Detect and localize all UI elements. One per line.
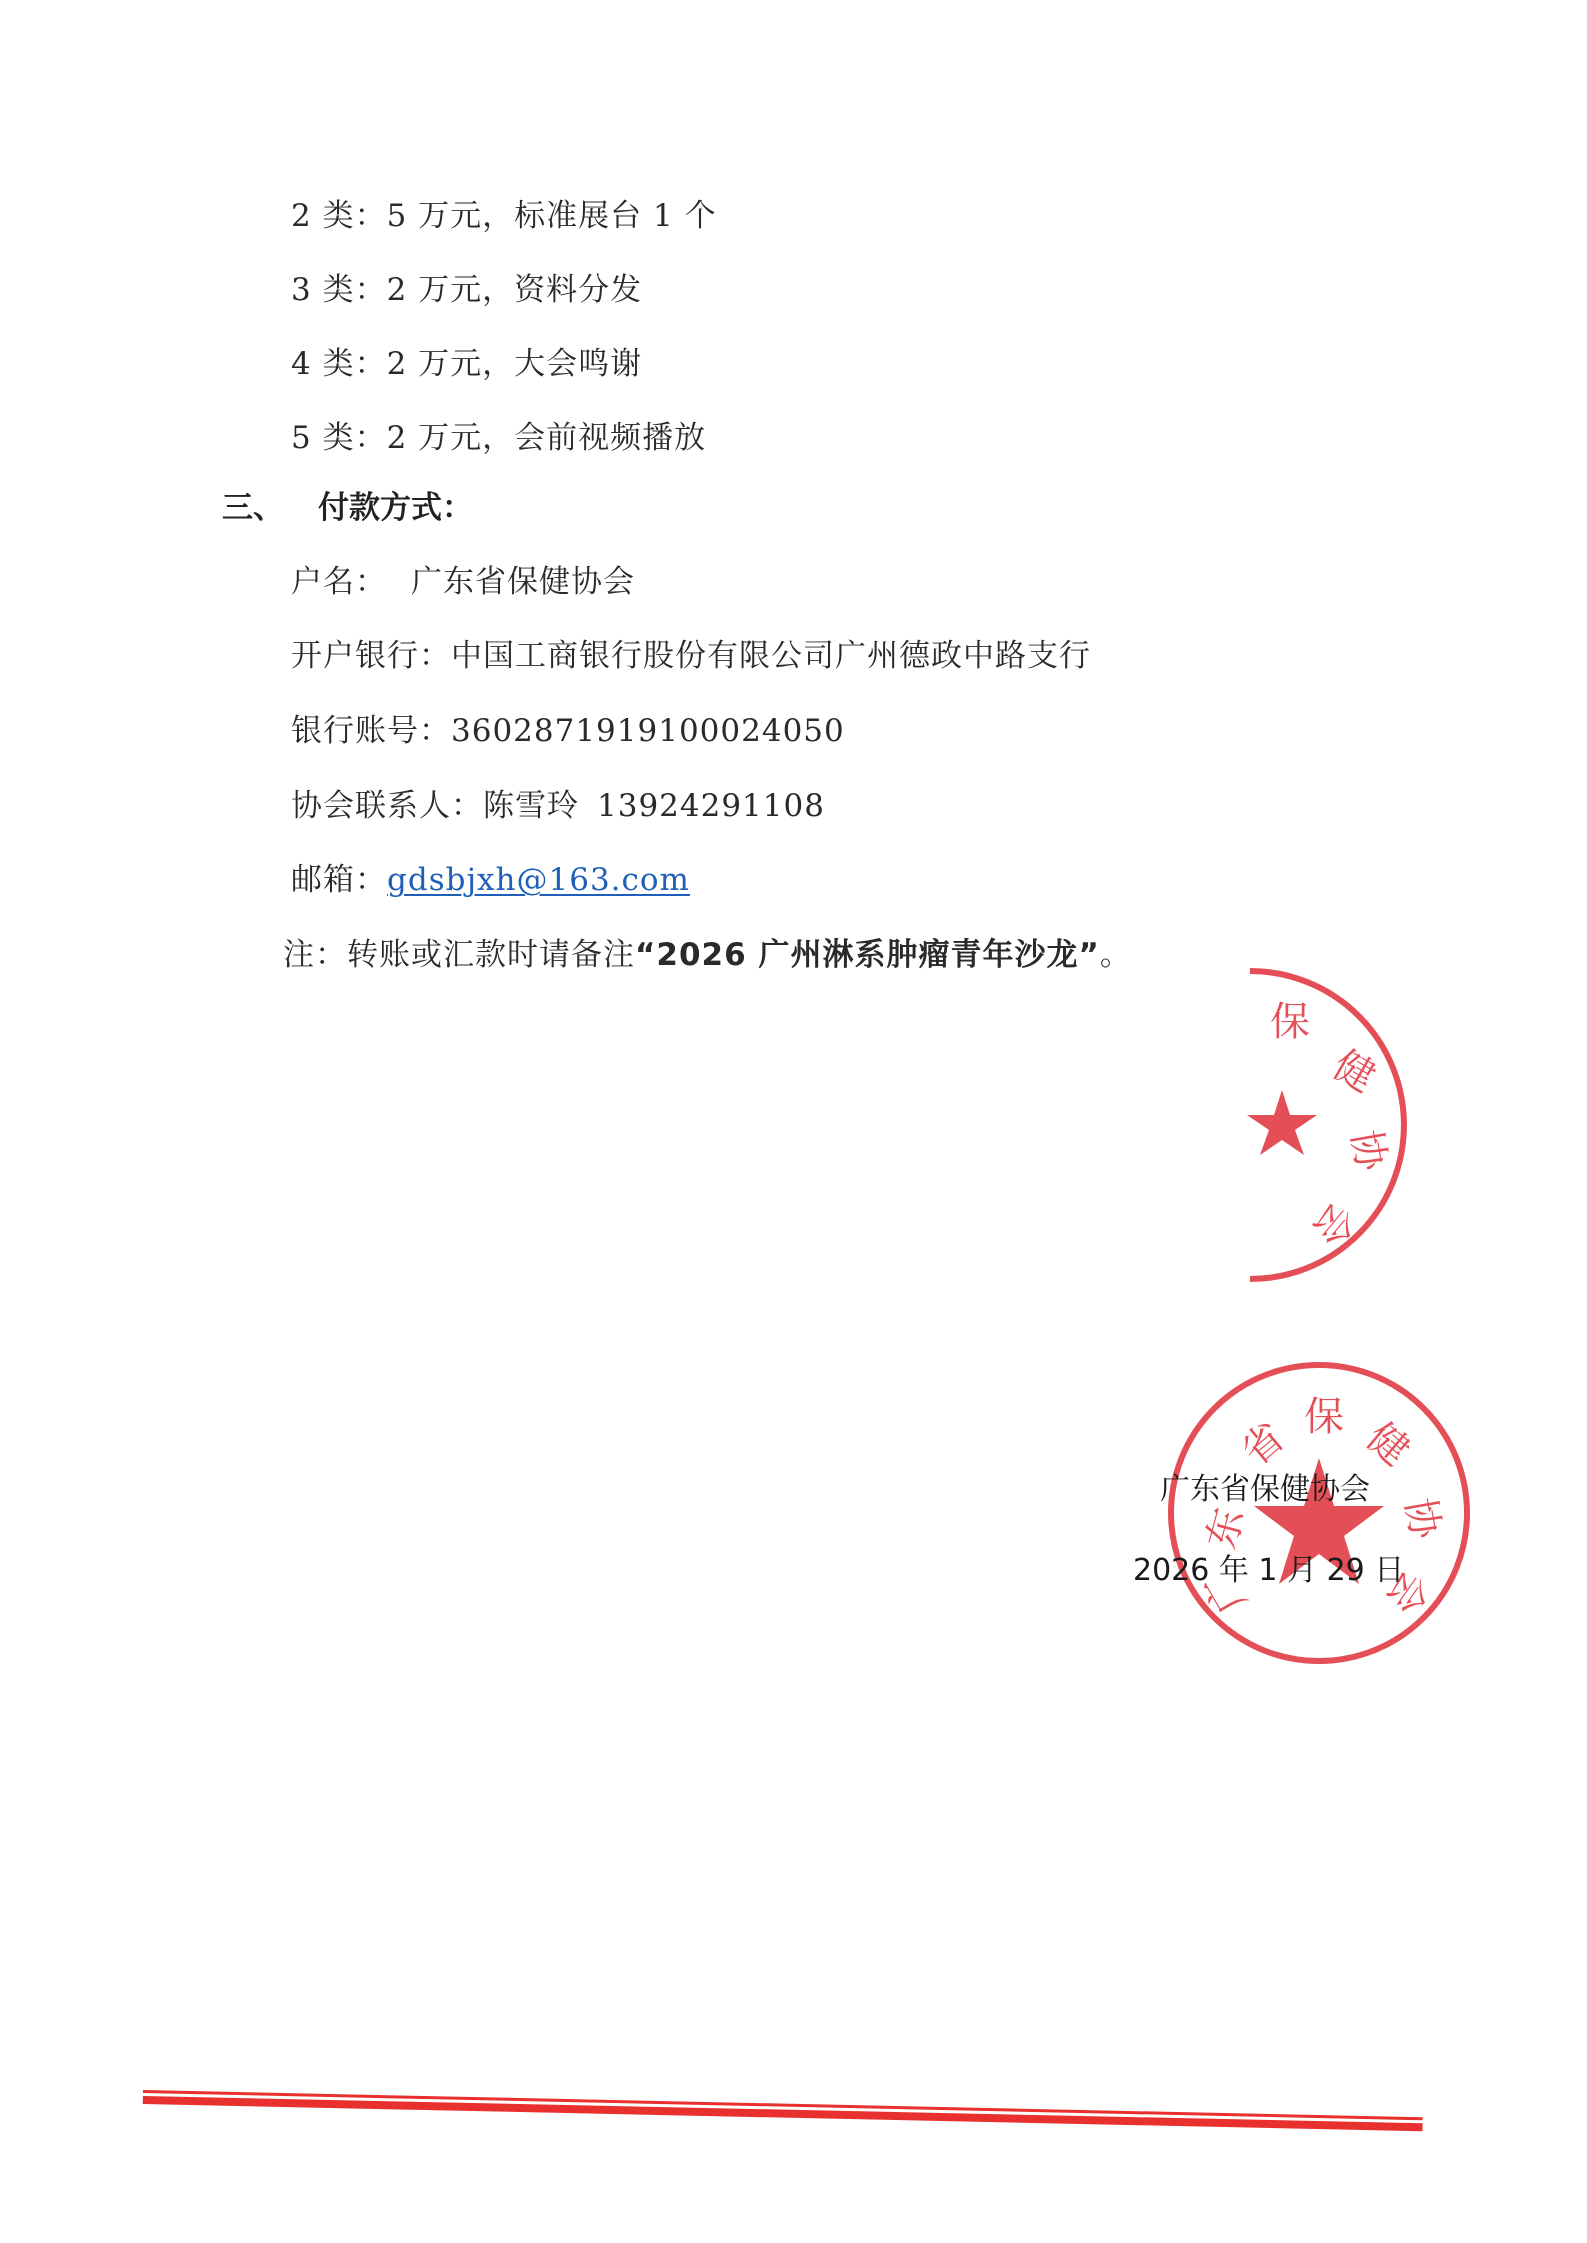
svg-text:健: 健 bbox=[1325, 1042, 1383, 1102]
email-link[interactable]: gdsbjxh@163.com bbox=[387, 862, 690, 898]
contact-row: 协会联系人：陈雪玲13924291108 bbox=[291, 786, 825, 826]
note-prefix: 注：转账或汇款时请备注 bbox=[283, 937, 635, 973]
organization-stamp-icon: 东 省 保 健 协 会 广 bbox=[1164, 1358, 1474, 1668]
contact-label: 协会联系人： bbox=[291, 788, 483, 824]
svg-text:协: 协 bbox=[1396, 1495, 1449, 1544]
account-number-label: 银行账号： bbox=[291, 713, 451, 749]
seam-stamp-icon: 保 健 协 会 bbox=[1240, 965, 1440, 1285]
section-heading-payment: 三、付款方式： bbox=[222, 488, 473, 528]
section-title: 付款方式： bbox=[318, 490, 473, 526]
sponsorship-item-5: 5 类：2 万元，会前视频播放 bbox=[291, 418, 706, 458]
remittance-note: 注：转账或汇款时请备注“2026 广州淋系肿瘤青年沙龙”。 bbox=[283, 935, 1132, 975]
seam-stamp-char: 保 bbox=[1270, 999, 1310, 1045]
bank-label: 开户银行： bbox=[291, 638, 451, 674]
note-quote: “2026 广州淋系肿瘤青年沙龙” bbox=[635, 937, 1100, 973]
account-name-row: 户名：广东省保健协会 bbox=[291, 562, 635, 602]
signature-organization: 广东省保健协会 bbox=[1160, 1464, 1370, 1508]
email-row: 邮箱：gdsbjxh@163.com bbox=[291, 860, 690, 900]
section-number: 三、 bbox=[222, 490, 284, 526]
bank-row: 开户银行：中国工商银行股份有限公司广州德政中路支行 bbox=[291, 636, 1091, 676]
svg-text:会: 会 bbox=[1303, 1194, 1364, 1254]
contact-name: 陈雪玲 bbox=[483, 788, 579, 824]
email-label: 邮箱： bbox=[291, 862, 387, 898]
note-suffix: 。 bbox=[1100, 937, 1132, 973]
signature-date: 2026 年 1 月 29 日 bbox=[1133, 1545, 1404, 1589]
sponsorship-item-4: 4 类：2 万元，大会鸣谢 bbox=[291, 344, 642, 384]
sponsorship-item-2: 2 类：5 万元，标准展台 1 个 bbox=[291, 196, 717, 236]
account-number-row: 银行账号：3602871919100024050 bbox=[291, 711, 845, 751]
sponsorship-item-3: 3 类：2 万元，资料分发 bbox=[291, 270, 642, 310]
bank-value: 中国工商银行股份有限公司广州德政中路支行 bbox=[451, 638, 1091, 674]
account-name-label: 户名： bbox=[291, 564, 387, 600]
contact-phone: 13924291108 bbox=[597, 788, 825, 824]
account-name-value: 广东省保健协会 bbox=[411, 564, 635, 600]
footer-rule bbox=[143, 2090, 1423, 2131]
svg-text:协: 协 bbox=[1342, 1127, 1395, 1176]
svg-text:保: 保 bbox=[1304, 1394, 1344, 1440]
account-number-value: 3602871919100024050 bbox=[451, 713, 845, 749]
